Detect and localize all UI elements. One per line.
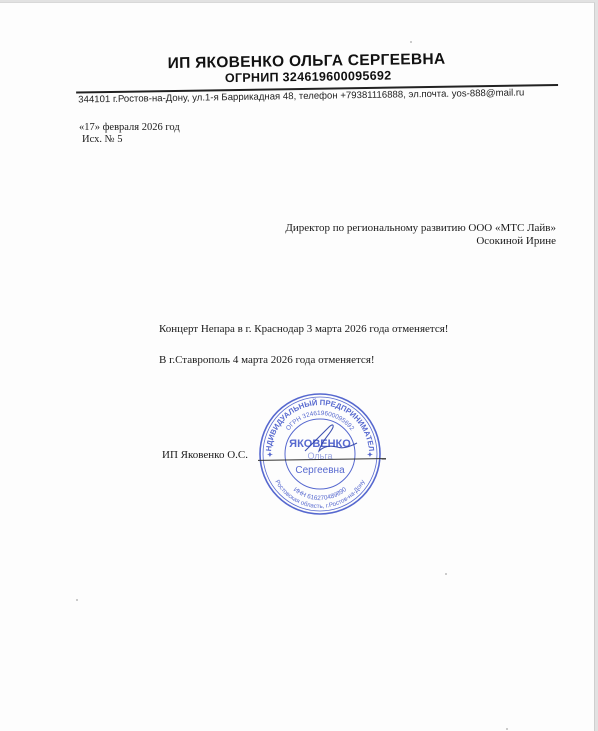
scan-speck bbox=[410, 41, 412, 43]
official-stamp-icon: ИНДИВИДУАЛЬНЫЙ ПРЕДПРИНИМАТЕЛЬ ОГРН 3246… bbox=[257, 391, 383, 517]
svg-text:✦: ✦ bbox=[267, 451, 273, 459]
document-page: ИП ЯКОВЕНКО ОЛЬГА СЕРГЕЕВНА ОГРНИП 32461… bbox=[0, 2, 595, 730]
letterhead: ИП ЯКОВЕНКО ОЛЬГА СЕРГЕЕВНА ОГРНИП 32461… bbox=[0, 0, 594, 118]
body-paragraph-1: Концерт Непара в г. Краснодар 3 марта 20… bbox=[159, 323, 448, 335]
scan-speck bbox=[445, 573, 447, 575]
body-paragraph-2: В г.Ставрополь 4 марта 2026 года отменяе… bbox=[159, 354, 375, 366]
ogrnip-number: ОГРНИП 324619600095692 bbox=[225, 69, 392, 86]
outgoing-reference: Исх. № 5 bbox=[82, 134, 123, 145]
scan-speck bbox=[76, 599, 78, 601]
svg-text:Сергеевна: Сергеевна bbox=[295, 465, 345, 476]
addressee-position: Директор по региональному развитию ООО «… bbox=[285, 222, 556, 235]
signatory-name: ИП Яковенко О.С. bbox=[162, 449, 248, 461]
letter-date: «17» февраля 2026 год bbox=[79, 122, 180, 133]
addressee-block: Директор по региональному развитию ООО «… bbox=[285, 222, 556, 248]
addressee-name: Осокиной Ирине bbox=[285, 235, 556, 248]
